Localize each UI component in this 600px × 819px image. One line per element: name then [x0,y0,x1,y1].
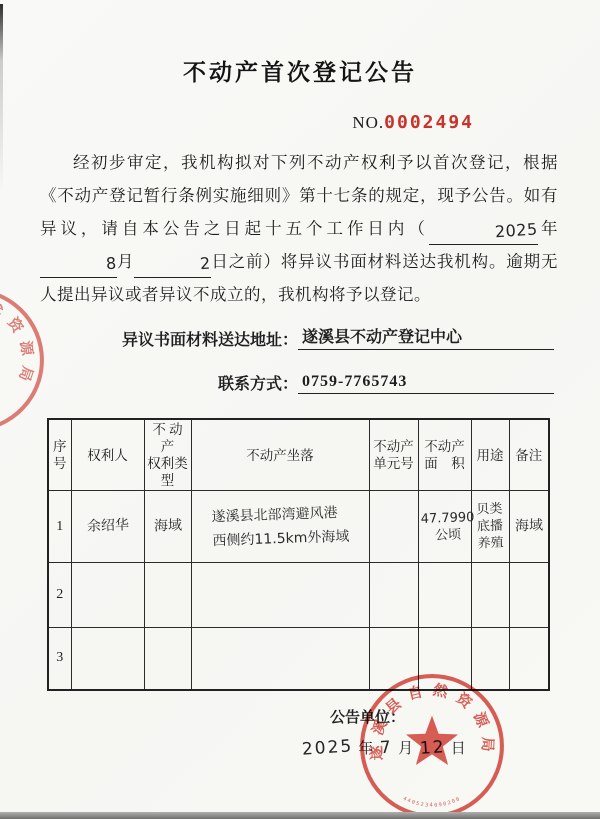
seal-code: 4405234090200 [402,796,462,809]
cell-holder [71,628,144,690]
col-header-remark: 备注 [509,419,549,491]
handwritten-location: 遂溪县北部湾避风港 西侧约11.5km外海域 [211,500,350,553]
announcement-document: 不动产首次登记公告 NO.0002494 经初步审定，我机构拟对下列不动产权利予… [0,0,600,819]
delivery-address-line: 异议书面材料送达地址：遂溪县不动产登记中心 [122,327,554,350]
table-row: 2 [48,563,549,628]
announcing-unit-label: 公告单位： [330,706,405,727]
delivery-address-value: 遂溪县不动产登记中心 [298,327,554,350]
col-header-right-type: 不 动 产 权利类型 [144,419,191,491]
table-header-row: 序号 权利人 不 动 产 权利类型 不动产坐落 不动产 单元号 不动产 面 积 … [48,419,549,491]
scan-bottom-artifact [0,812,600,819]
col-header-seq: 序号 [48,419,71,491]
cell-remark [509,628,549,690]
document-number-label: NO. [352,113,384,132]
contact-line: 联系方式：0759-7765743 [218,371,554,394]
cell-area [418,563,471,628]
cell-remark [509,563,549,628]
cell-remark: 海域 [509,491,549,563]
year-label: 年 [538,219,558,238]
cell-area: 47.7990 公顷 [418,491,471,563]
page-title: 不动产首次登记公告 [0,54,600,87]
announcement-body: 经初步审定，我机构拟对下列不动产权利予以首次登记，根据《不动产登记暂行条例实施细… [40,146,558,311]
col-header-unit-no: 不动产 单元号 [369,419,418,491]
registration-table: 序号 权利人 不 动 产 权利类型 不动产坐落 不动产 单元号 不动产 面 积 … [47,418,550,691]
handwritten-remark: 海域 [514,516,543,538]
cell-right-type [144,628,191,690]
contact-label: 联系方式： [218,376,298,393]
cell-unit-no [369,563,418,628]
handwritten-right-type: 海域 [153,516,182,538]
handwritten-year: 2025 [461,221,538,242]
col-header-location: 不动产坐落 [191,419,369,491]
year-blank: 2025 [429,220,538,245]
announcement-date: 2025年7月12日 [297,737,468,758]
cell-usage [471,563,509,628]
date-month-label: 月 [398,741,415,757]
handwritten-date-day: 12 [420,739,447,758]
cell-right-type: 海域 [144,491,191,563]
cell-unit-no [369,628,418,690]
col-header-holder: 权利人 [71,419,144,491]
cell-usage [471,628,509,690]
cell-seq: 3 [48,628,71,690]
handwritten-month: 8 [72,255,117,274]
cell-unit-no [369,491,418,563]
handwritten-date-month: 7 [380,740,394,758]
handwritten-day: 2 [167,255,212,274]
cell-location [191,563,369,628]
day-blank: 2 [134,253,211,278]
document-number-value: 0002494 [384,112,474,133]
month-label: 月 [117,252,135,271]
handwritten-usage: 贝类 底播 养殖 [476,501,504,553]
cell-seq: 2 [48,563,71,628]
cell-holder: 余绍华 [71,491,144,563]
contact-value: 0759-7765743 [298,371,554,394]
cell-holder [71,563,144,628]
cell-seq: 1 [48,491,71,563]
delivery-address-label: 异议书面材料送达地址： [122,332,298,349]
col-header-area: 不动产 面 积 [418,419,471,491]
cell-location: 遂溪县北部湾避风港 西侧约11.5km外海域 [191,491,369,563]
scan-edge-artifact [0,4,3,194]
date-year-label: 年 [358,741,375,757]
handwritten-date-year: 2025 [301,738,353,759]
cell-usage: 贝类 底播 养殖 [471,491,509,563]
date-day-label: 日 [451,741,468,757]
col-header-usage: 用途 [471,419,509,491]
table-row: 3 [48,628,549,690]
svg-text:4405234090200: 4405234090200 [402,796,462,809]
table-row: 1 余绍华 海域 遂溪县北部湾避风港 西侧约11.5km外海域 47.7990 … [48,491,549,563]
month-blank: 8 [40,253,117,278]
seal-star-icon [0,324,5,386]
cell-area [418,628,471,690]
document-number: NO.0002494 [352,112,474,133]
handwritten-holder: 余绍华 [86,515,129,537]
cell-location [191,628,369,690]
cell-right-type [144,563,191,628]
handwritten-area: 47.7990 公顷 [420,509,475,545]
